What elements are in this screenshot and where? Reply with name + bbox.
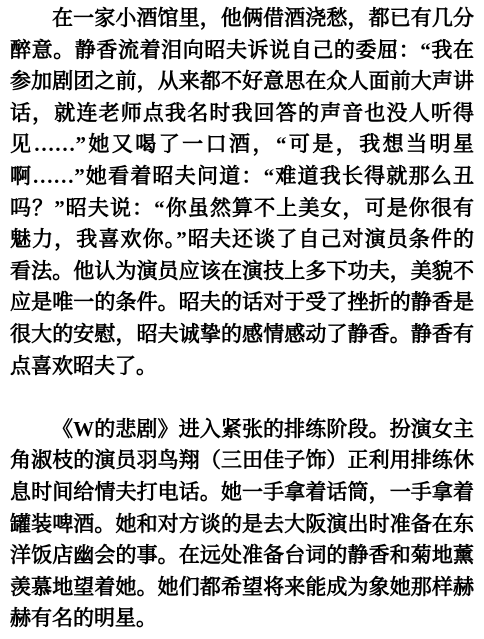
text-line: 《W的悲剧》进入紧张的排练阶段。扮演女主 [10, 414, 474, 446]
text-line: 参加剧团之前，从来都不好意思在众人面前大声讲 [10, 66, 474, 98]
text-line: 洋饭店幽会的事。在远处准备台词的静香和菊地薰 [10, 540, 474, 572]
page: 在一家小酒馆里，他俩借酒浇愁，都已有几分 醉意。静香流着泪向昭夫诉说自己的委屈：… [0, 0, 484, 639]
paragraph-2: 《W的悲剧》进入紧张的排练阶段。扮演女主 角淑枝的演员羽鸟翔（三田佳子饰）正利用… [10, 414, 474, 635]
text-line: 吗？”昭夫说：“你虽然算不上美女，可是你很有 [10, 193, 474, 225]
text-line: 羡慕地望着她。她们都希望将来能成为象她那样赫 [10, 572, 474, 604]
text-line: 话，就连老师点我名时我回答的声音也没人听得 [10, 98, 474, 130]
text-line: 应是唯一的条件。昭夫的话对于受了挫折的静香是 [10, 287, 474, 319]
text-line: 赫有名的明星。 [10, 603, 474, 635]
text-line: 魅力，我喜欢你。”昭夫还谈了自己对演员条件的 [10, 224, 474, 256]
text-line: 见……”她又喝了一口酒，“可是，我想当明星 [10, 129, 474, 161]
text-line: 看法。他认为演员应该在演技上多下功夫，美貌不 [10, 256, 474, 288]
text-line: 醉意。静香流着泪向昭夫诉说自己的委屈：“我在 [10, 35, 474, 67]
text-line: 很大的安慰，昭夫诚挚的感情感动了静香。静香有 [10, 319, 474, 351]
text-line: 啊……”她看着昭夫问道：“难道我长得就那么丑 [10, 161, 474, 193]
text-line: 点喜欢昭夫了。 [10, 351, 474, 383]
text-line: 角淑枝的演员羽鸟翔（三田佳子饰）正利用排练休 [10, 445, 474, 477]
paragraph-1: 在一家小酒馆里，他俩借酒浇愁，都已有几分 醉意。静香流着泪向昭夫诉说自己的委屈：… [10, 3, 474, 382]
text-line: 罐装啤酒。她和对方谈的是去大阪演出时准备在东 [10, 509, 474, 541]
text-line: 息时间给情夫打电话。她一手拿着话筒，一手拿着 [10, 477, 474, 509]
text-line: 在一家小酒馆里，他俩借酒浇愁，都已有几分 [10, 3, 474, 35]
